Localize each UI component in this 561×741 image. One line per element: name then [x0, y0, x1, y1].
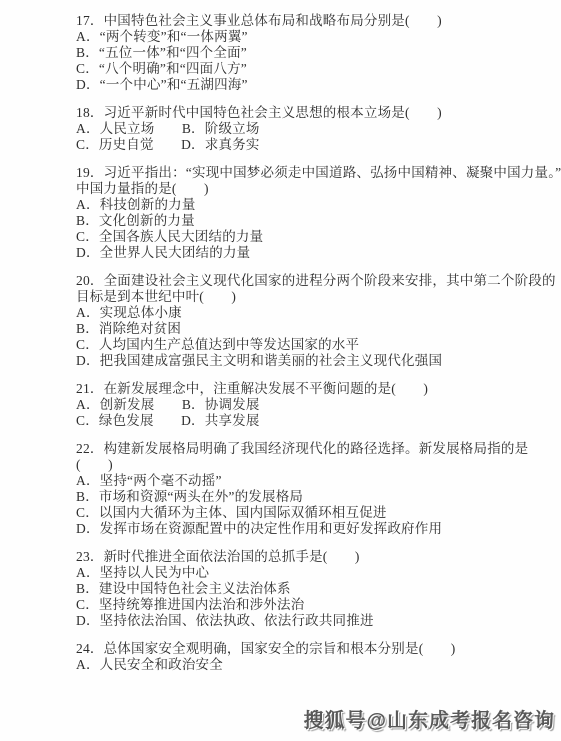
question-line: ( ): [76, 457, 536, 473]
question-line: C．“八个明确”和“四面八方”: [76, 61, 536, 77]
question-line: A．坚持以人民为中心: [76, 565, 536, 581]
question-line: A．实现总体小康: [76, 305, 536, 321]
question-line: B．市场和资源“两头在外”的发展格局: [76, 489, 536, 505]
question-line: B．消除绝对贫困: [76, 321, 536, 337]
question-20: 20．全面建设社会主义现代化国家的进程分两个阶段来安排，其中第二个阶段的目标是到…: [76, 273, 536, 369]
question-line: A．人民安全和政治安全: [76, 657, 536, 673]
question-stem: 17．中国特色社会主义事业总体布局和战略布局分别是( ): [76, 13, 536, 29]
question-line: C．全国各族人民大团结的力量: [76, 229, 536, 245]
question-stem: 23．新时代推进全面依法治国的总抓手是( ): [76, 549, 536, 565]
question-line: D．坚持依法治国、依法执政、依法行政共同推进: [76, 613, 536, 629]
question-line: D．发挥市场在资源配置中的决定性作用和更好发挥政府作用: [76, 521, 536, 537]
question-line: B．文化创新的力量: [76, 213, 536, 229]
question-line: D．把我国建成富强民主文明和谐美丽的社会主义现代化强国: [76, 353, 536, 369]
question-line: C．以国内大循环为主体、国内国际双循环相互促进: [76, 505, 536, 521]
exam-page: 17．中国特色社会主义事业总体布局和战略布局分别是( )A．“两个转变”和“一体…: [0, 0, 561, 741]
question-line: 中国力量指的是( ): [76, 181, 536, 197]
question-22: 22．构建新发展格局明确了我国经济现代化的路径选择。新发展格局指的是( )A．坚…: [76, 441, 536, 537]
question-line: 目标是到本世纪中叶( ): [76, 289, 536, 305]
question-stem: 19．习近平指出：“实现中国梦必须走中国道路、弘扬中国精神、凝聚中国力量。”: [76, 165, 536, 181]
question-stem: 24．总体国家安全观明确，国家安全的宗旨和根本分别是( ): [76, 641, 536, 657]
question-line: A．坚持“两个毫不动摇”: [76, 473, 536, 489]
question-17: 17．中国特色社会主义事业总体布局和战略布局分别是( )A．“两个转变”和“一体…: [76, 13, 536, 93]
question-line: C．历史自觉 D．求真务实: [76, 137, 536, 153]
question-line: C．坚持统筹推进国内法治和涉外法治: [76, 597, 536, 613]
question-line: D．全世界人民大团结的力量: [76, 245, 536, 261]
question-stem: 21．在新发展理念中，注重解决发展不平衡问题的是( ): [76, 381, 536, 397]
question-stem: 22．构建新发展格局明确了我国经济现代化的路径选择。新发展格局指的是: [76, 441, 536, 457]
question-stem: 18．习近平新时代中国特色社会主义思想的根本立场是( ): [76, 105, 536, 121]
question-line: C．绿色发展 D．共享发展: [76, 413, 536, 429]
question-line: B．建设中国特色社会主义法治体系: [76, 581, 536, 597]
question-24: 24．总体国家安全观明确，国家安全的宗旨和根本分别是( )A．人民安全和政治安全: [76, 641, 536, 673]
question-18: 18．习近平新时代中国特色社会主义思想的根本立场是( )A．人民立场 B．阶级立…: [76, 105, 536, 153]
question-line: A．人民立场 B．阶级立场: [76, 121, 536, 137]
question-21: 21．在新发展理念中，注重解决发展不平衡问题的是( )A．创新发展 B．协调发展…: [76, 381, 536, 429]
question-stem: 20．全面建设社会主义现代化国家的进程分两个阶段来安排，其中第二个阶段的: [76, 273, 536, 289]
question-line: D．“一个中心”和“五湖四海”: [76, 77, 536, 93]
question-23: 23．新时代推进全面依法治国的总抓手是( )A．坚持以人民为中心B．建设中国特色…: [76, 549, 536, 629]
watermark: 搜狐号@山东成考报名咨询: [303, 704, 555, 733]
question-line: C．人均国内生产总值达到中等发达国家的水平: [76, 337, 536, 353]
question-line: A．科技创新的力量: [76, 197, 536, 213]
question-list: 17．中国特色社会主义事业总体布局和战略布局分别是( )A．“两个转变”和“一体…: [76, 13, 536, 685]
question-line: A．创新发展 B．协调发展: [76, 397, 536, 413]
question-19: 19．习近平指出：“实现中国梦必须走中国道路、弘扬中国精神、凝聚中国力量。”中国…: [76, 165, 536, 261]
question-line: A．“两个转变”和“一体两翼”: [76, 29, 536, 45]
question-line: B．“五位一体”和“四个全面”: [76, 45, 536, 61]
